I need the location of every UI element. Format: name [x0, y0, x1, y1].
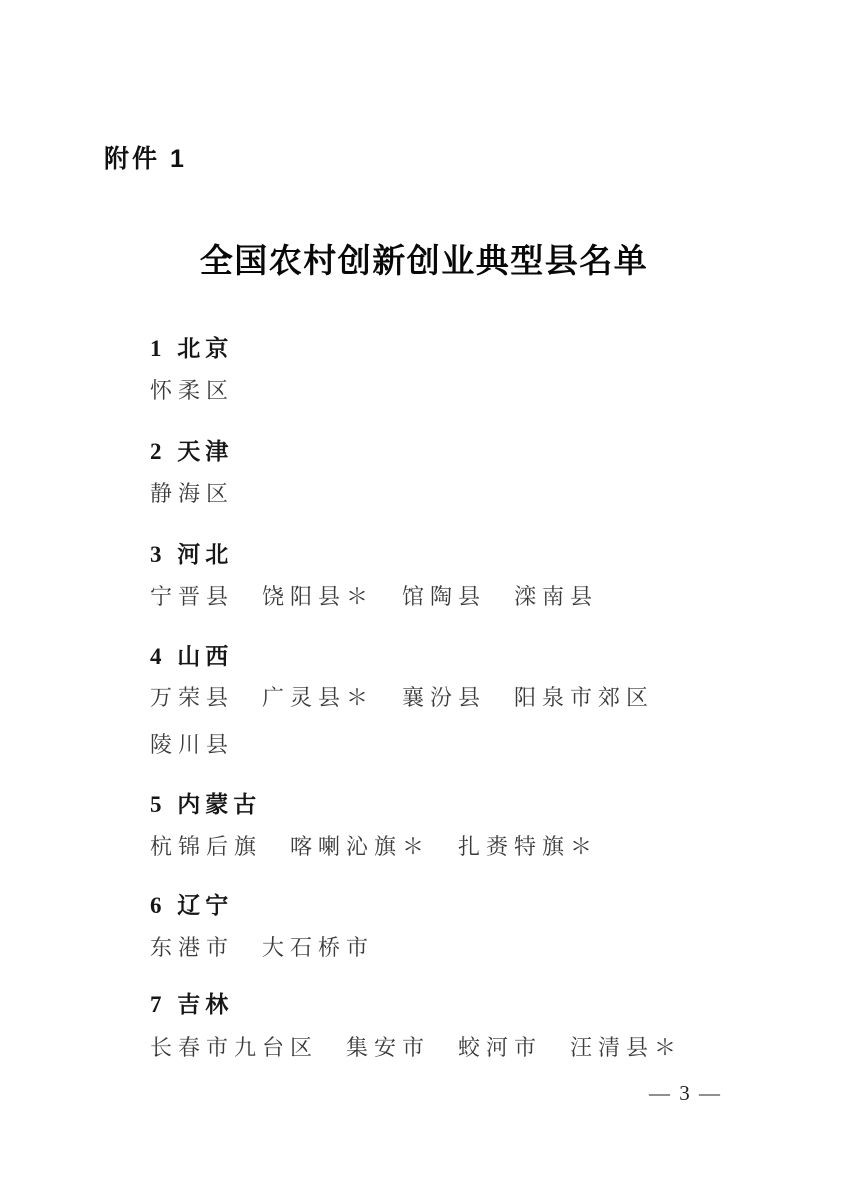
attachment-label: 附件 1: [104, 139, 187, 175]
document-page: 附件 1 全国农村创新创业典型县名单 1 北京 怀柔区 2 天津 静海区 3 河…: [0, 0, 848, 1200]
county-line: 宁晋县 饶阳县＊ 馆陶县 滦南县: [150, 580, 598, 611]
section-heading-shanxi: 4 山西: [150, 638, 233, 671]
county-line: 静海区: [150, 477, 234, 508]
section-heading-neimenggu: 5 内蒙古: [150, 786, 261, 819]
county-line: 怀柔区: [150, 374, 234, 405]
section-heading-hebei: 3 河北: [150, 536, 233, 569]
section-heading-jilin: 7 吉林: [150, 986, 233, 1019]
page-number: — 3 —: [649, 1081, 722, 1106]
county-line: 万荣县 广灵县＊ 襄汾县 阳泉市郊区: [150, 681, 654, 712]
county-line: 东港市 大石桥市: [150, 931, 374, 962]
county-line: 长春市九台区 集安市 蛟河市 汪清县＊: [150, 1031, 682, 1062]
section-heading-beijing: 1 北京: [150, 330, 233, 363]
section-heading-liaoning: 6 辽宁: [150, 887, 233, 920]
county-line: 陵川县: [150, 728, 234, 759]
page-title: 全国农村创新创业典型县名单: [0, 235, 848, 282]
section-heading-tianjin: 2 天津: [150, 433, 233, 466]
county-line: 杭锦后旗 喀喇沁旗＊ 扎赉特旗＊: [150, 830, 598, 861]
